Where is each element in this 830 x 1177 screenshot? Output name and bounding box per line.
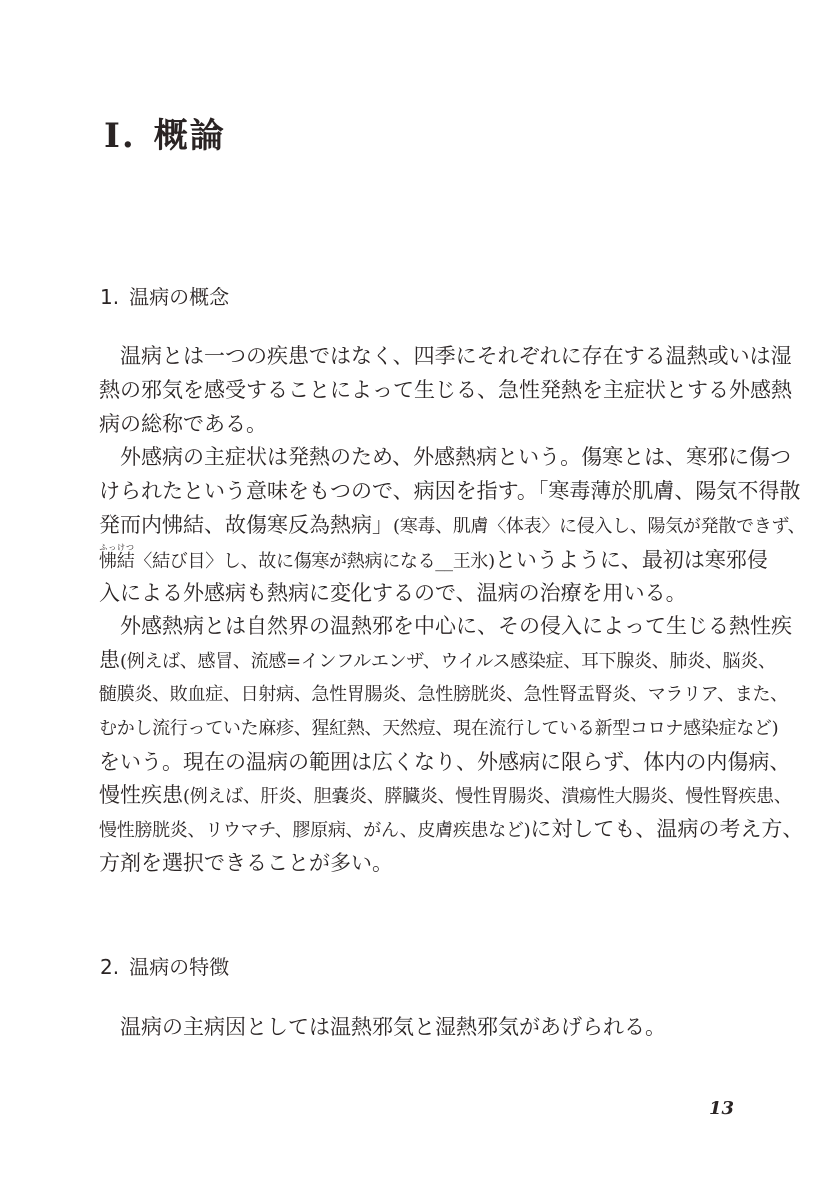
paragraph-line: むかし流行っていた麻疹、猩紅熱、天然痘、現在流行している新型コロナ感染症など) [99,712,750,746]
section-title: 温病の概念 [129,285,229,309]
section-number: 1. [100,285,119,309]
chapter-number: Ⅰ. [104,116,136,156]
paragraph-line: けられたという意味をもつので、病因を指す。「寒毒薄於肌膚、陽気不得散 [99,475,750,509]
paragraph-line: 外感熱病とは自然界の温熱邪を中心に、その侵入によって生じる熱性疾 [99,610,750,644]
annotation-text: (例えば、肝炎、胆嚢炎、膵臓炎、慢性胃腸炎、潰瘍性大腸炎、慢性腎疾患、 [183,786,792,807]
ruby-base: 怫結 [99,551,134,572]
annotation-text: 〈結び目〉し、故に傷寒が熱病になる__王氷) [134,551,494,572]
section-title: 温病の特徴 [129,955,229,979]
annotation-text: (例えば、感冒、流感=インフルエンザ、ウイルス感染症、耳下腺炎、肺炎、脳炎、 [120,651,776,672]
paragraph-line: 慢性膀胱炎、リウマチ、膠原病、がん、皮膚疾患など)に対しても、温病の考え方、 [99,813,750,847]
paragraph-line: 入による外感病も熱病に変化するので、温病の治療を用いる。 [99,577,750,611]
paragraph-line: 髄膜炎、敗血症、日射病、急性胃腸炎、急性膀胱炎、急性腎盂腎炎、マラリア、また、 [99,678,750,712]
section-heading-1: 1.温病の概念 [100,281,229,310]
body-text: というように、最初は寒邪侵 [495,548,768,572]
paragraph-line: をいう。現在の温病の範囲は広くなり、外感病に限らず、体内の内傷病、 [99,746,750,780]
section-heading-2: 2.温病の特徴 [100,951,229,980]
paragraph-line: 方剤を選択できることが多い。 [99,847,750,881]
section-number: 2. [100,955,119,979]
paragraph-line: 病の総称である。 [99,408,750,442]
paragraph-line: 外感病の主症状は発熱のため、外感熱病という。傷寒とは、寒邪に傷つ [99,441,750,475]
ruby-reading: ふっけつ [99,543,134,552]
paragraph-line: 患(例えば、感冒、流感=インフルエンザ、ウイルス感染症、耳下腺炎、肺炎、脳炎、 [99,644,750,678]
chapter-title-text: 概論 [154,116,226,156]
paragraph-line: 熱の邪気を感受することによって生じる、急性発熱を主症状とする外感熱 [99,374,750,408]
paragraph-line: 慢性疾患(例えば、肝炎、胆嚢炎、膵臓炎、慢性胃腸炎、潰瘍性大腸炎、慢性腎疾患、 [99,779,750,813]
paragraph-line: 温病とは一つの疾患ではなく、四季にそれぞれに存在する温熱或いは湿 [99,340,750,374]
section-2-body: 温病の主病因としては温熱邪気と湿熱邪気があげられる。 [99,1011,750,1045]
ruby-term: 怫結ふっけつ [99,551,134,572]
annotation-text: 慢性膀胱炎、リウマチ、膠原病、がん、皮膚疾患など) [99,820,530,841]
paragraph-line: 怫結ふっけつ〈結び目〉し、故に傷寒が熱病になる__王氷)というように、最初は寒邪… [99,543,750,577]
section-1-body: 温病とは一つの疾患ではなく、四季にそれぞれに存在する温熱或いは湿 熱の邪気を感受… [99,340,750,881]
chapter-title: Ⅰ.概論 [104,108,226,157]
annotation-text: (寒毒、肌膚〈体表〉に侵入し、陽気が発散できず、 [393,516,805,537]
body-text: に対しても、温病の考え方、 [530,817,803,841]
paragraph-line: 発而内怫結、故傷寒反為熱病」(寒毒、肌膚〈体表〉に侵入し、陽気が発散できず、 [99,509,750,543]
paragraph-line: 温病の主病因としては温熱邪気と湿熱邪気があげられる。 [99,1011,750,1045]
quote-text: 発而内怫結、故傷寒反為熱病」 [99,513,393,537]
body-text: 患 [99,648,120,672]
page-number: 13 [709,1098,734,1119]
body-text: 慢性疾患 [99,783,183,807]
